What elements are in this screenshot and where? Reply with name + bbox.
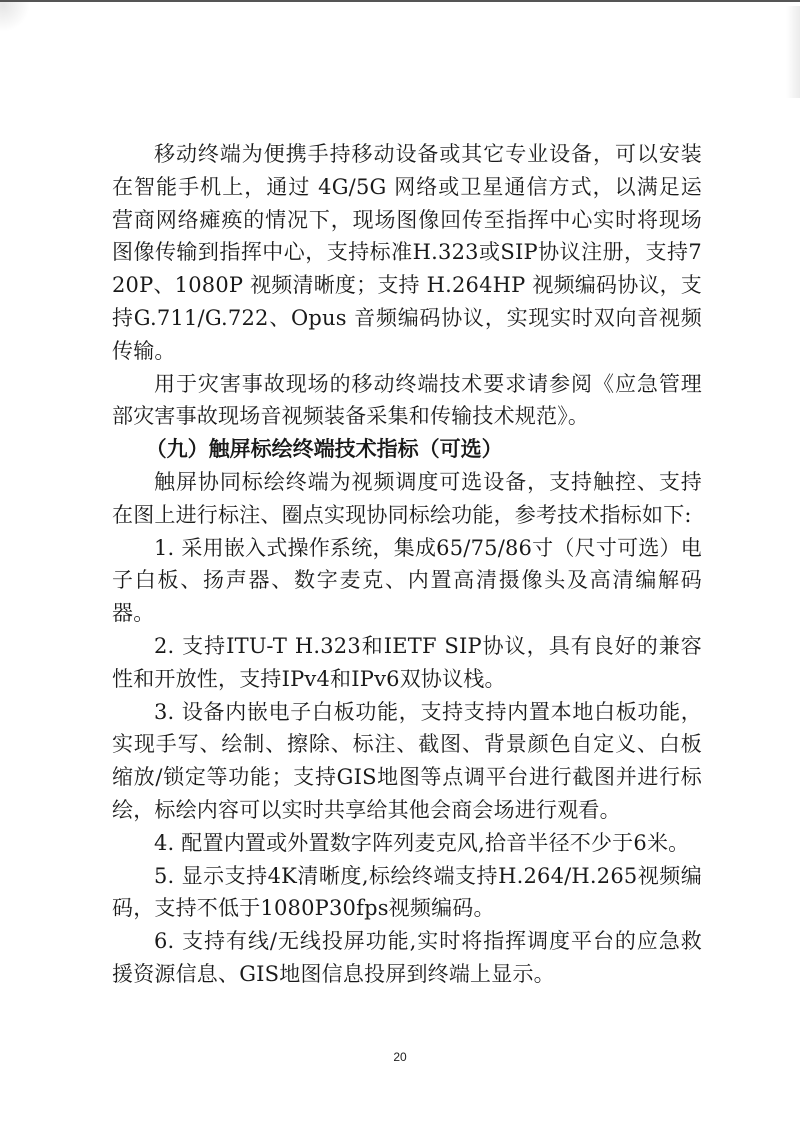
paragraph-mobile-terminal: 移动终端为便携手持移动设备或其它专业设备，可以安装在智能手机上，通过 4G/5G… [112,138,702,368]
page-number: 20 [0,1050,800,1064]
paragraph-touch-terminal-intro: 触屏协同标绘终端为视频调度可选设备，支持触控、支持在图上进行标注、圈点实现协同标… [112,466,702,532]
list-item-1: 1. 采用嵌入式操作系统，集成65/75/86寸（尺寸可选）电子白板、扬声器、数… [112,532,702,630]
list-item-4: 4. 配置内置或外置数字阵列麦克风,拾音半径不少于6米。 [112,827,702,860]
paragraph-reference-spec: 用于灾害事故现场的移动终端技术要求请参阅《应急管理部灾害事故现场音视频装备采集和… [112,368,702,434]
list-item-2: 2. 支持ITU-T H.323和IETF SIP协议，具有良好的兼容性和开放性… [112,630,702,696]
scan-artifact-right [786,6,800,98]
scan-artifact-left [0,2,30,32]
list-item-5: 5. 显示支持4K清晰度,标绘终端支持H.264/H.265视频编码，支持不低于… [112,860,702,926]
section-heading: （九）触屏标绘终端技术指标（可选） [112,433,702,466]
document-body: 移动终端为便携手持移动设备或其它专业设备，可以安装在智能手机上，通过 4G/5G… [112,138,702,991]
list-item-3: 3. 设备内嵌电子白板功能，支持支持内置本地白板功能，实现手写、绘制、擦除、标注… [112,696,702,827]
list-item-6: 6. 支持有线/无线投屏功能,实时将指挥调度平台的应急救援资源信息、GIS地图信… [112,925,702,991]
scan-top-edge [0,0,800,2]
